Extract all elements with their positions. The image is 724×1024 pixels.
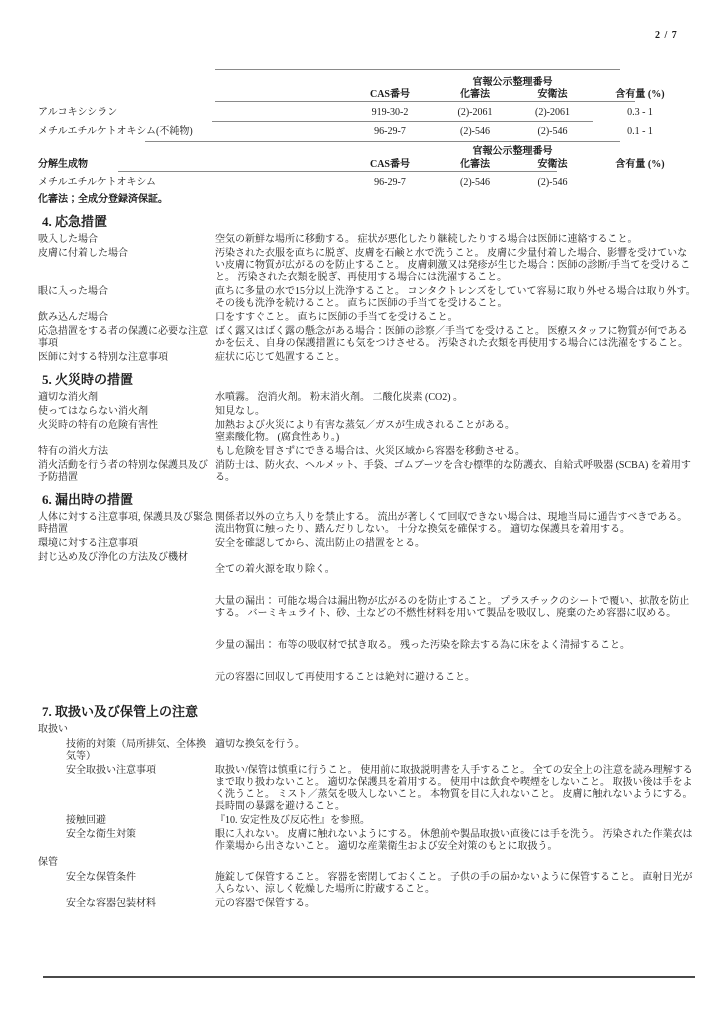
entry-label: 使ってはならない消火剤 <box>38 406 215 418</box>
table-row: メチルエチルケトオキシム 96-29-7 (2)-546 (2)-546 <box>0 177 724 189</box>
entry-label: 安全な衛生対策 <box>66 829 215 841</box>
fire-entry: 消火活動を行う者の特別な保護具及び予防措置 消防士は、防火衣、ヘルメット、手袋、… <box>0 460 724 484</box>
first-aid-entry: 眼に入った場合 直ちに多量の水で15分以上洗浄すること。 コンタクトレンズをして… <box>0 286 724 310</box>
section-handling-storage: 7. 取扱い及び保管上の注意 取扱い 技術的対策（局所排気、全体換気等） 適切な… <box>0 704 724 910</box>
table-header-row: 分解生成物 CAS番号 化審法 安衛法 含有量 (%) <box>0 159 724 171</box>
first-aid-entry: 皮膚に付着した場合 汚染された衣服を直ちに脱ぎ、皮膚を石鹸と水で洗うこと。 皮膚… <box>0 248 724 284</box>
release-entry: 封じ込め及び浄化の方法及び機材 全ての着火源を取り除く。 大量の漏出： 可能な場… <box>0 552 724 696</box>
cas-number-cell: 96-29-7 <box>345 126 435 138</box>
entry-paragraph: 元の容器に回収して再使用することは絶対に避けること。 <box>215 672 697 684</box>
entry-body: 加熱および火災により有害な蒸気／ガスが生成されることがある。 窒素酸化物。 (腐… <box>215 420 697 444</box>
handling-entry: 安全取扱い注意事項 取扱い/保管は慎重に行うこと。 使用前に取扱説明書を入手する… <box>0 765 724 813</box>
fire-entry: 使ってはならない消火剤 知見なし。 <box>0 406 724 418</box>
handling-entry: 安全な衛生対策 眼に入れない。 皮膚に触れないようにする。 休憩前や製品取扱い直… <box>0 829 724 853</box>
decomposition-products-header: 分解生成物 <box>0 159 345 171</box>
entry-body: 安全を確認してから、流出防止の措置をとる。 <box>215 538 697 550</box>
table-rule-header <box>215 101 635 102</box>
entry-body: 取扱い/保管は慎重に行うこと。 使用前に取扱説明書を入手すること。 全ての安全上… <box>215 765 697 813</box>
cas-number-cell: 919-30-2 <box>345 107 435 119</box>
section-heading: 4. 応急措置 <box>42 214 724 229</box>
entry-label: 適切な消火剤 <box>38 392 215 404</box>
entry-body: 水噴霧。 泡消火剤。 粉末消火剤。 二酸化炭素 (CO2) 。 <box>215 392 697 404</box>
name-header <box>0 89 345 101</box>
table-rule-header <box>118 171 557 172</box>
entry-label: 特有の消火方法 <box>38 446 215 458</box>
entry-body: 元の容器で保管する。 <box>215 898 697 910</box>
table-row: メチルエチルケトオキシム(不純物) 96-29-7 (2)-546 (2)-54… <box>0 126 724 138</box>
entry-body: 空気の新鮮な場所に移動する。 症状が悪化したり継続したりする場合は医師に連絡する… <box>215 234 697 246</box>
entry-body: 施錠して保管すること。 容器を密閉しておくこと。 子供の手の届かないように保管す… <box>215 872 697 896</box>
substance-name: メチルエチルケトオキシム(不純物) <box>0 126 345 138</box>
entry-body: 口をすすぐこと。 直ちに医師の手当てを受けること。 <box>215 312 697 324</box>
entry-body: 症状に応じて処置すること。 <box>215 352 697 364</box>
content-cell: 0.3 - 1 <box>590 107 690 119</box>
entry-label: 接触回避 <box>66 815 215 827</box>
handling-entry: 接触回避 『10. 安定性及び反応性』を参照。 <box>0 815 724 827</box>
sds-document-page: 2 / 7 官報公示整理番号 CAS番号 化審法 安衛法 含有量 (%) アルコ… <box>0 0 724 1024</box>
release-entry: 環境に対する注意事項 安全を確認してから、流出防止の措置をとる。 <box>0 538 724 550</box>
storage-group-title: 保管 <box>38 857 724 869</box>
entry-body: 汚染された衣服を直ちに脱ぎ、皮膚を石鹸と水で洗うこと。 皮膚に少量付着した場合、… <box>215 248 697 284</box>
entry-body: 直ちに多量の水で15分以上洗浄すること。 コンタクトレンズをしていて容易に取り外… <box>215 286 697 310</box>
registration-note: 化審法；全成分登録済保証。 <box>38 194 168 206</box>
anneiho-cell: (2)-546 <box>515 126 590 138</box>
anneiho-cell: (2)-2061 <box>515 107 590 119</box>
entry-body-multi: 全ての着火源を取り除く。 大量の漏出： 可能な場合は漏出物が広がるのを防止するこ… <box>215 552 697 696</box>
entry-label: 環境に対する注意事項 <box>38 538 215 550</box>
entry-label: 消火活動を行う者の特別な保護具及び予防措置 <box>38 460 215 484</box>
storage-entry: 安全な容器包装材料 元の容器で保管する。 <box>0 898 724 910</box>
anneiho-header: 安衛法 <box>515 89 590 101</box>
content-cell <box>590 177 690 189</box>
substance-name: メチルエチルケトオキシム <box>0 177 345 189</box>
entry-paragraph: 全ての着火源を取り除く。 <box>215 564 697 576</box>
section-first-aid: 4. 応急措置 吸入した場合 空気の新鮮な場所に移動する。 症状が悪化したり継続… <box>0 214 724 364</box>
entry-paragraph: 大量の漏出： 可能な場合は漏出物が広がるのを防止すること。 プラスチックのシート… <box>215 596 697 620</box>
entry-label: 医師に対する特別な注意事項 <box>38 352 215 364</box>
spacer <box>0 146 435 158</box>
table-rule-row <box>212 121 593 122</box>
table-rule-top <box>215 69 620 70</box>
entry-label: 皮膚に付着した場合 <box>38 248 215 260</box>
entry-body: 『10. 安定性及び反応性』を参照。 <box>215 815 697 827</box>
entry-label: 吸入した場合 <box>38 234 215 246</box>
entry-body: 眼に入れない。 皮膚に触れないようにする。 休憩前や製品取扱い直後には手を洗う。… <box>215 829 697 853</box>
substance-name: アルコキシシラン <box>0 107 345 119</box>
handling-group-title: 取扱い <box>38 724 724 736</box>
section-heading: 6. 漏出時の措置 <box>42 492 724 507</box>
entry-body: 消防士は、防火衣、ヘルメット、手袋、ゴムブーツを含む標準的な防護衣、自給式呼吸器… <box>215 460 697 484</box>
gazette-span-row: 官報公示整理番号 <box>0 77 724 89</box>
content-header: 含有量 (%) <box>590 89 690 101</box>
cas-number-cell: 96-29-7 <box>345 177 435 189</box>
kashinho-cell: (2)-2061 <box>435 107 515 119</box>
fire-entry: 適切な消火剤 水噴霧。 泡消火剤。 粉末消火剤。 二酸化炭素 (CO2) 。 <box>0 392 724 404</box>
kashinho-header: 化審法 <box>435 159 515 171</box>
kashinho-cell: (2)-546 <box>435 177 515 189</box>
first-aid-entry: 吸入した場合 空気の新鮮な場所に移動する。 症状が悪化したり継続したりする場合は… <box>0 234 724 246</box>
entry-label: 飲み込んだ場合 <box>38 312 215 324</box>
entry-label: 安全な保管条件 <box>66 872 215 884</box>
section-accidental-release: 6. 漏出時の措置 人体に対する注意事項, 保護具及び緊急時措置 関係者以外の立… <box>0 492 724 696</box>
sections-container: 4. 応急措置 吸入した場合 空気の新鮮な場所に移動する。 症状が悪化したり継続… <box>0 210 724 912</box>
table-header-row: CAS番号 化審法 安衛法 含有量 (%) <box>0 89 724 101</box>
section-heading: 7. 取扱い及び保管上の注意 <box>42 704 724 719</box>
fire-entry: 火災時の特有の危険有害性 加熱および火災により有害な蒸気／ガスが生成されることが… <box>0 420 724 444</box>
anneiho-header: 安衛法 <box>515 159 590 171</box>
entry-body: ばく露又はばく露の懸念がある場合：医師の診察／手当てを受けること。 医療スタッフ… <box>215 326 697 350</box>
gazette-span-row: 官報公示整理番号 <box>0 146 724 158</box>
spacer <box>0 77 435 89</box>
cas-header: CAS番号 <box>345 159 435 171</box>
entry-body: 関係者以外の立ち入りを禁止する。 流出が著しくて回収できない場合は、現地当局に通… <box>215 512 697 536</box>
entry-label: 応急措置をする者の保護に必要な注意事項 <box>38 326 215 350</box>
entry-body: 知見なし。 <box>215 406 697 418</box>
entry-label: 安全な容器包装材料 <box>66 898 215 910</box>
entry-label: 安全取扱い注意事項 <box>66 765 215 777</box>
release-entry: 人体に対する注意事項, 保護具及び緊急時措置 関係者以外の立ち入りを禁止する。 … <box>0 512 724 536</box>
first-aid-entry: 飲み込んだ場合 口をすすぐこと。 直ちに医師の手当てを受けること。 <box>0 312 724 324</box>
entry-paragraph: 少量の漏出： 布等の吸収材で拭き取る。 残った汚染を除去する為に床をよく清掃する… <box>215 640 697 652</box>
entry-label: 火災時の特有の危険有害性 <box>38 420 215 432</box>
gazette-header: 官報公示整理番号 <box>435 77 590 89</box>
first-aid-entry: 応急措置をする者の保護に必要な注意事項 ばく露又はばく露の懸念がある場合：医師の… <box>0 326 724 350</box>
content-cell: 0.1 - 1 <box>590 126 690 138</box>
entry-body: 適切な換気を行う。 <box>215 739 697 751</box>
anneiho-cell: (2)-546 <box>515 177 590 189</box>
handling-entry: 技術的対策（局所排気、全体換気等） 適切な換気を行う。 <box>0 739 724 763</box>
page-number: 2 / 7 <box>655 30 678 42</box>
section-fire-fighting: 5. 火災時の措置 適切な消火剤 水噴霧。 泡消火剤。 粉末消火剤。 二酸化炭素… <box>0 372 724 484</box>
entry-label: 人体に対する注意事項, 保護具及び緊急時措置 <box>38 512 215 536</box>
storage-entry: 安全な保管条件 施錠して保管すること。 容器を密閉しておくこと。 子供の手の届か… <box>0 872 724 896</box>
footer-divider <box>43 976 695 978</box>
kashinho-header: 化審法 <box>435 89 515 101</box>
section-heading: 5. 火災時の措置 <box>42 372 724 387</box>
table-row: アルコキシシラン 919-30-2 (2)-2061 (2)-2061 0.3 … <box>0 107 724 119</box>
entry-label: 眼に入った場合 <box>38 286 215 298</box>
entry-label: 技術的対策（局所排気、全体換気等） <box>66 739 215 763</box>
first-aid-entry: 医師に対する特別な注意事項 症状に応じて処置すること。 <box>0 352 724 364</box>
table-rule-top <box>145 141 620 142</box>
entry-body: もし危険を冒さずにできる場合は、火災区域から容器を移動させる。 <box>215 446 697 458</box>
fire-entry: 特有の消火方法 もし危険を冒さずにできる場合は、火災区域から容器を移動させる。 <box>0 446 724 458</box>
gazette-header: 官報公示整理番号 <box>435 146 590 158</box>
content-header: 含有量 (%) <box>590 159 690 171</box>
entry-label: 封じ込め及び浄化の方法及び機材 <box>38 552 215 564</box>
kashinho-cell: (2)-546 <box>435 126 515 138</box>
cas-header: CAS番号 <box>345 89 435 101</box>
